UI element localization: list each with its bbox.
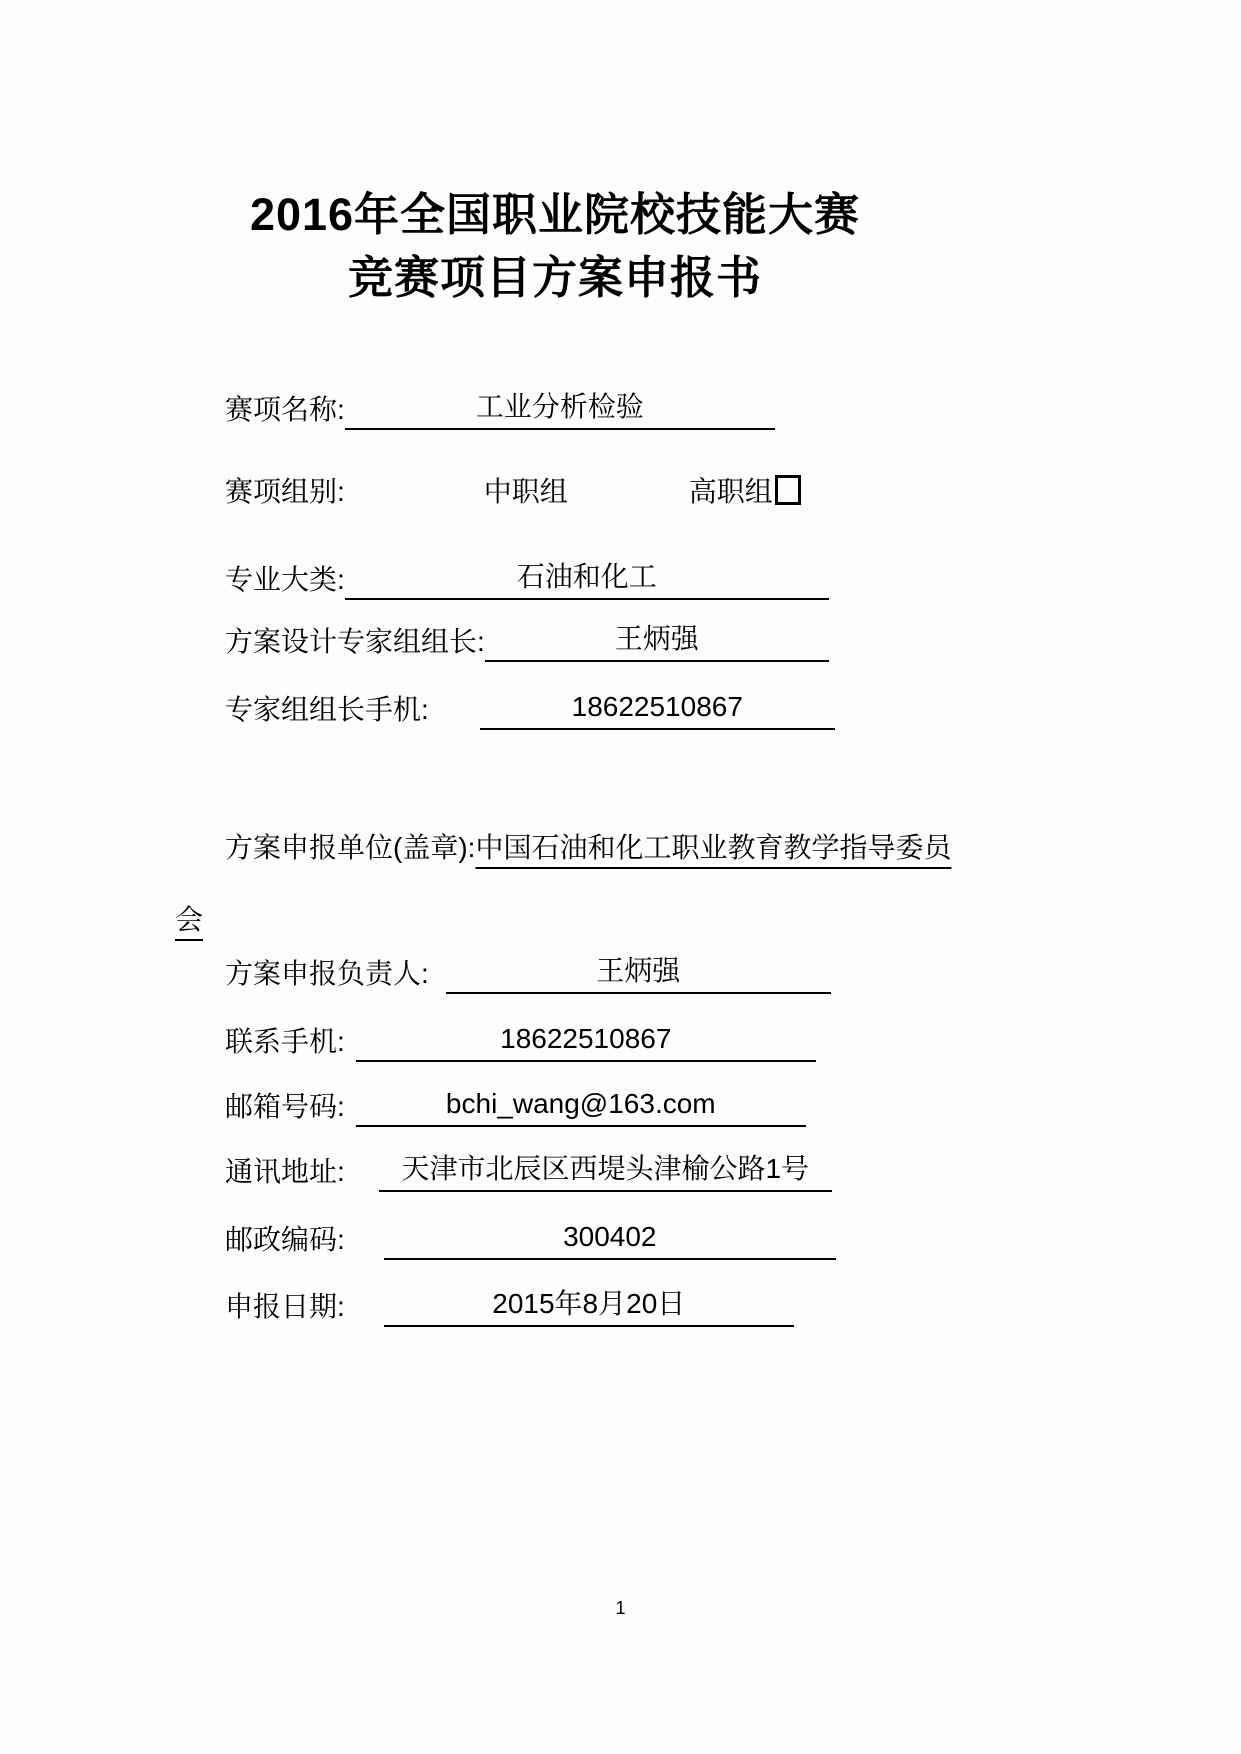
field-expert-leader-mobile: 专家组组长手机:18622510867: [225, 688, 835, 730]
title-line-2: 竞赛项目方案申报书: [175, 246, 935, 309]
contact-mobile-label: 联系手机:: [225, 1022, 345, 1062]
field-major-category: 专业大类:石油和化工: [225, 558, 829, 600]
postal-code-label: 邮政编码:: [225, 1220, 345, 1260]
contact-mobile-field[interactable]: 18622510867: [356, 1020, 816, 1062]
field-application-date: 申报日期:2015年8月20日: [225, 1285, 794, 1327]
field-contact-mobile: 联系手机:18622510867: [225, 1020, 816, 1062]
event-group-label: 赛项组别:: [225, 472, 345, 512]
field-expert-group-leader: 方案设计专家组组长:王炳强: [225, 620, 829, 662]
field-mailing-address: 通讯地址:天津市北辰区西堤头津榆公路1号: [225, 1150, 832, 1192]
field-event-name: 赛项名称:工业分析检验: [225, 388, 775, 430]
email-label: 邮箱号码:: [225, 1087, 345, 1127]
expert-leader-mobile-label: 专家组组长手机:: [225, 690, 429, 730]
higher-vocational-checkbox[interactable]: [775, 475, 801, 505]
field-event-group: 赛项组别:中职组高职组: [225, 472, 801, 512]
document-title: 2016年全国职业院校技能大赛 竞赛项目方案申报书: [175, 183, 935, 309]
field-email: 邮箱号码:bchi_wang@163.com: [225, 1085, 806, 1127]
postal-code-field[interactable]: 300402: [384, 1218, 836, 1260]
event-name-label: 赛项名称:: [225, 390, 345, 430]
option-secondary-vocational[interactable]: 中职组: [484, 472, 568, 512]
application-date-label: 申报日期:: [225, 1287, 345, 1327]
field-postal-code: 邮政编码:300402: [225, 1218, 836, 1260]
option-higher-vocational[interactable]: 高职组: [689, 472, 773, 512]
event-name-field[interactable]: 工业分析检验: [345, 388, 775, 430]
major-category-label: 专业大类:: [225, 560, 345, 600]
field-applicant-person: 方案申报负责人:王炳强: [225, 952, 831, 994]
field-applicant-unit: 方案申报单位(盖章):中国石油和化工职业教育教学指导委员会: [175, 812, 975, 956]
mailing-address-field[interactable]: 天津市北辰区西堤头津榆公路1号: [379, 1150, 832, 1192]
expert-group-leader-label: 方案设计专家组组长:: [225, 622, 485, 662]
expert-group-leader-field[interactable]: 王炳强: [485, 620, 829, 662]
major-category-field[interactable]: 石油和化工: [345, 558, 829, 600]
applicant-person-field[interactable]: 王炳强: [446, 952, 831, 994]
page-number: 1: [0, 1598, 1241, 1619]
application-date-field[interactable]: 2015年8月20日: [384, 1285, 794, 1327]
title-line-1: 2016年全国职业院校技能大赛: [175, 183, 935, 246]
document-page: 2016年全国职业院校技能大赛 竞赛项目方案申报书 赛项名称:工业分析检验 赛项…: [0, 0, 1241, 1754]
applicant-person-label: 方案申报负责人:: [225, 954, 429, 994]
applicant-unit-label: 方案申报单位(盖章):: [225, 812, 475, 884]
expert-leader-mobile-field[interactable]: 18622510867: [480, 688, 835, 730]
mailing-address-label: 通讯地址:: [225, 1152, 345, 1192]
email-field[interactable]: bchi_wang@163.com: [356, 1085, 806, 1127]
